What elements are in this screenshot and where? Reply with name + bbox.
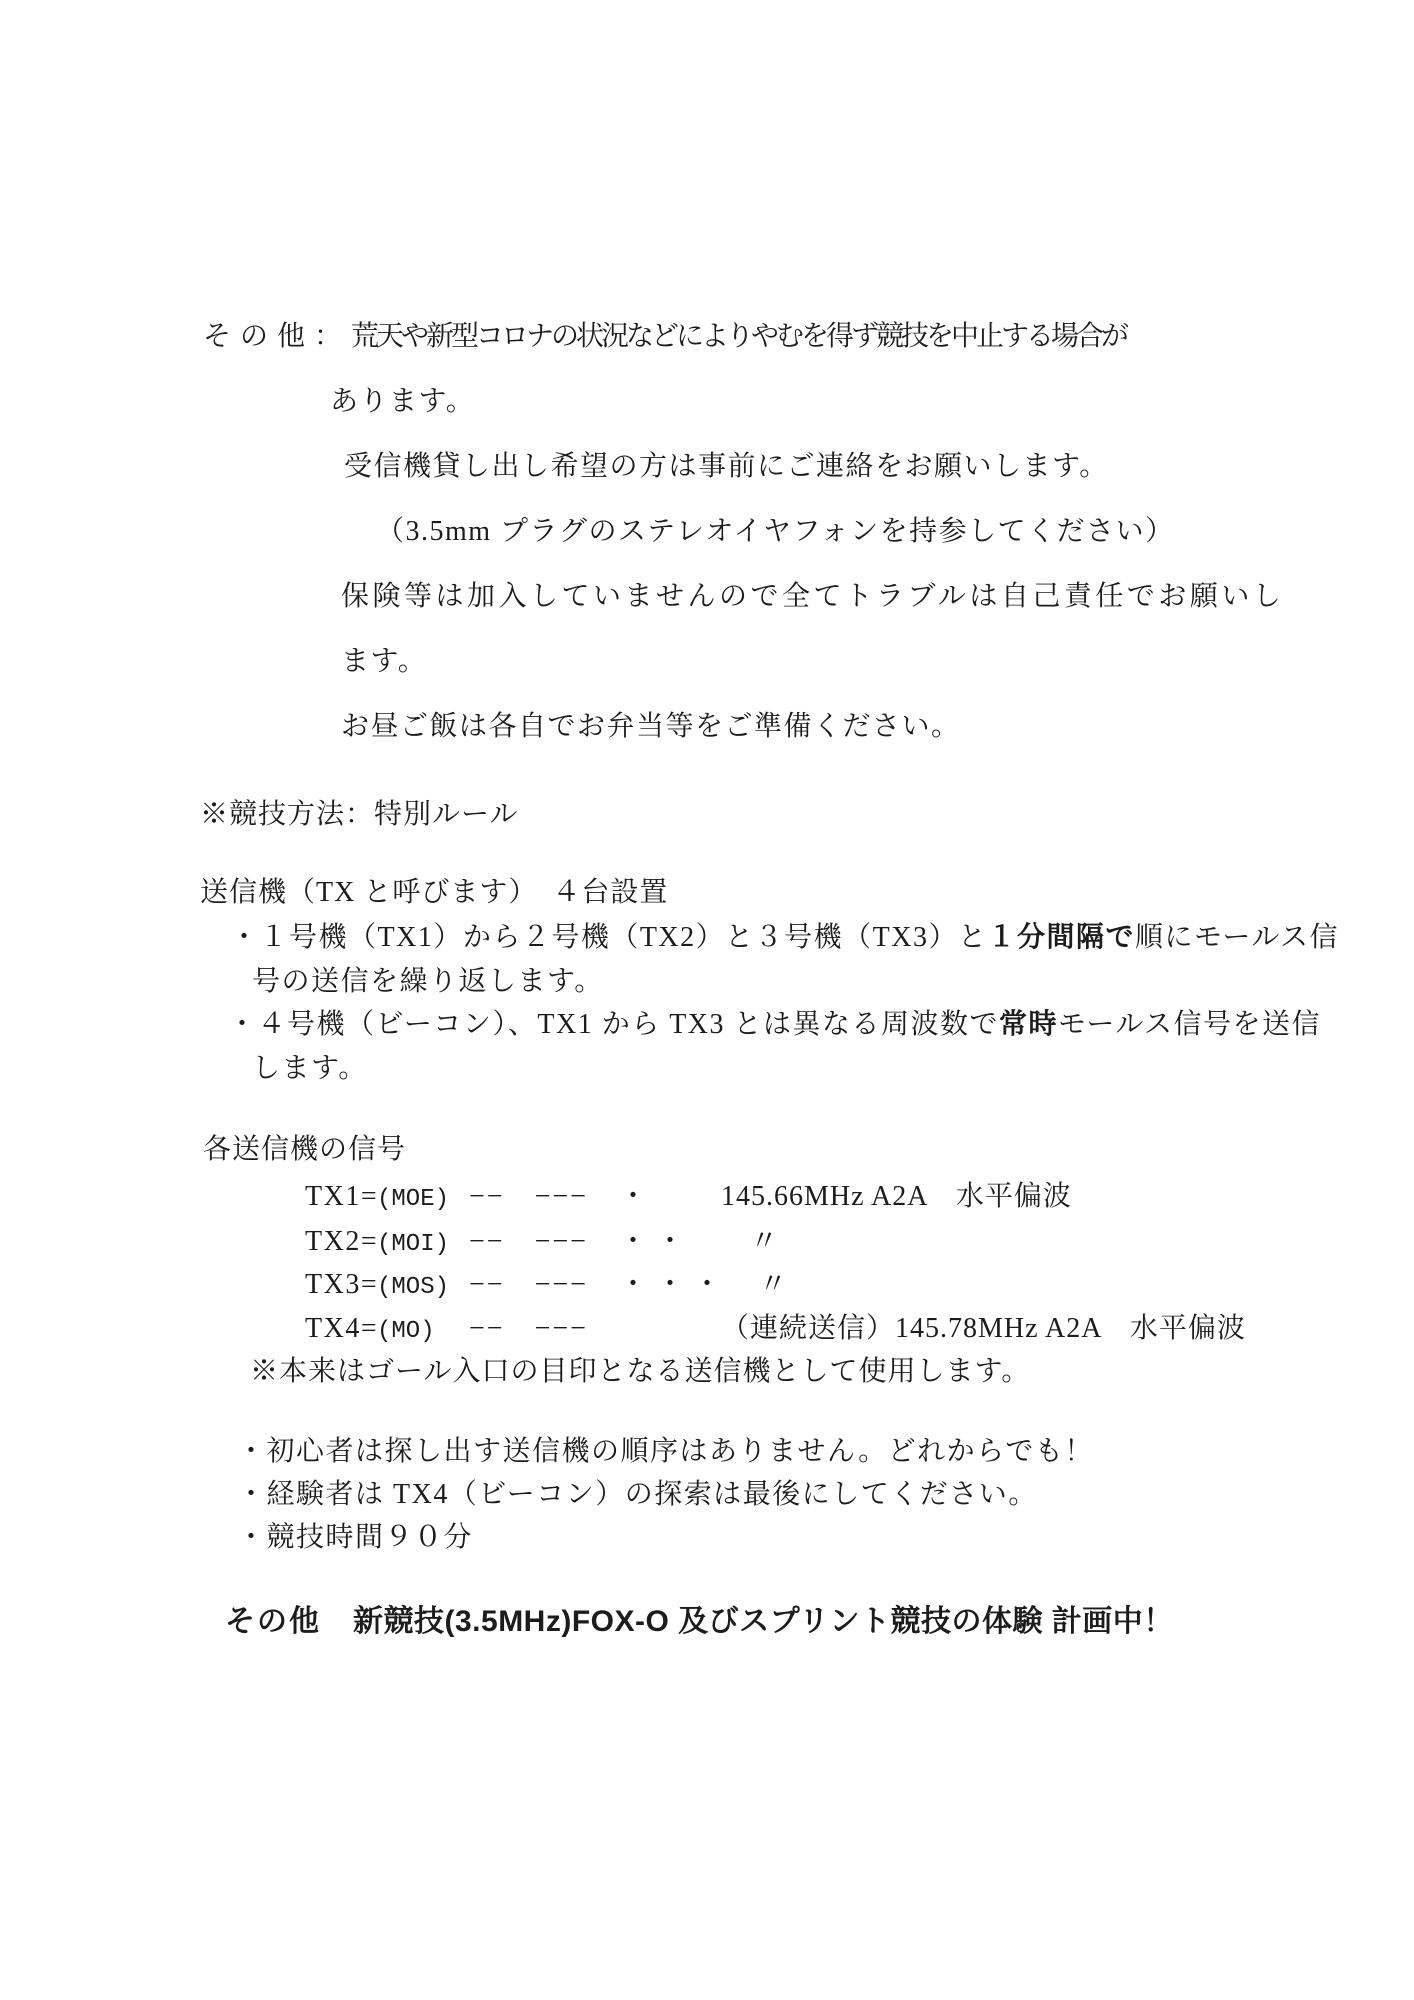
- setup-bullet-2-pre: ・４号機（ビーコン）、TX1 から TX3 とは異なる周波数で: [228, 1009, 999, 1040]
- tx1-name: TX1=: [305, 1181, 377, 1213]
- notes-label: その他：: [203, 321, 351, 352]
- tx4-morse-dashes: −− −−−: [469, 1306, 619, 1346]
- notes-line-1-text: 荒天や新型コロナの状況などによりやむを得ず競技を中止する場合が: [351, 321, 1126, 352]
- tx2-ditto-mark: 〃: [721, 1226, 779, 1257]
- rule-bullet-experienced: ・経験者は TX4（ビーコン）の探索は最後にしてください。: [237, 1472, 1038, 1512]
- tx3-morse-dots: ・・・: [619, 1262, 730, 1302]
- notes-line-4: （3.5mm プラグのステレオイヤフォンを持参してください）: [376, 509, 1175, 549]
- notes-line-5: 保険等は加入していませんので全てトラブルは自己責任でお願いし: [341, 574, 1284, 614]
- setup-bullet-1-pre: ・１号機（TX1）から２号機（TX2）と３号機（TX3）と: [230, 922, 987, 953]
- rule-bullet-beginners: ・初心者は探し出す送信機の順序はありません。どれからでも！: [237, 1429, 1094, 1469]
- tx1-frequency: 145.66MHz A2A 水平偏波: [721, 1181, 1072, 1212]
- footer-text: 新競技(3.5MHz)FOX-O 及びスプリント競技の体験 計画中！: [353, 1605, 1174, 1638]
- tx3-signal-row: TX3=(MOS)−− −−−・・・ 〃: [305, 1262, 788, 1302]
- tx1-signal-row: TX1=(MOE)−− −−−・145.66MHz A2A 水平偏波: [305, 1174, 1072, 1214]
- document-page: その他：荒天や新型コロナの状況などによりやむを得ず競技を中止する場合が あります…: [0, 0, 1414, 2000]
- method-heading: ※競技方法：特別ルール: [200, 792, 518, 832]
- setup-bullet-2: ・４号機（ビーコン）、TX1 から TX3 とは異なる周波数で常時モールス信号を…: [228, 1002, 1321, 1042]
- setup-bullet-1-cont: 号の送信を繰り返します。: [252, 959, 604, 999]
- notes-line-2: あります。: [330, 379, 475, 419]
- tx2-signal-row: TX2=(MOI)−− −−−・・ 〃: [305, 1219, 779, 1259]
- tx-setup-heading: 送信機（TX と呼びます） ４台設置: [200, 870, 668, 910]
- tx4-name: TX4=: [305, 1313, 377, 1345]
- tx4-code: (MO): [377, 1318, 469, 1345]
- signals-note: ※本来はゴール入口の目印となる送信機として使用します。: [250, 1349, 1030, 1389]
- setup-bullet-1-post: 順にモールス信: [1135, 922, 1339, 953]
- tx3-code: (MOS): [377, 1274, 469, 1301]
- tx1-morse-dashes: −− −−−: [469, 1174, 619, 1214]
- setup-bullet-1: ・１号機（TX1）から２号機（TX2）と３号機（TX3）と１分間隔で順にモールス…: [230, 915, 1339, 955]
- tx2-morse-dots: ・・: [619, 1219, 721, 1259]
- footer-announcement: その他新競技(3.5MHz)FOX-O 及びスプリント競技の体験 計画中！: [225, 1596, 1174, 1640]
- signals-heading: 各送信機の信号: [203, 1127, 406, 1167]
- tx3-morse-dashes: −− −−−: [469, 1262, 619, 1302]
- tx1-code: (MOE): [377, 1186, 469, 1213]
- tx4-signal-row: TX4=(MO)−− −−−（連続送信）145.78MHz A2A 水平偏波: [305, 1306, 1246, 1346]
- setup-bullet-2-cont: します。: [252, 1046, 368, 1086]
- setup-bullet-2-bold: 常時: [999, 1009, 1058, 1040]
- notes-line-1: その他：荒天や新型コロナの状況などによりやむを得ず競技を中止する場合が: [203, 314, 1126, 354]
- tx4-frequency: （連続送信）145.78MHz A2A 水平偏波: [721, 1313, 1246, 1344]
- notes-line-6: ます。: [341, 639, 427, 679]
- tx1-morse-dots: ・: [619, 1174, 721, 1214]
- notes-line-7: お昼ご飯は各自でお弁当等をご準備ください。: [341, 704, 961, 744]
- tx2-morse-dashes: −− −−−: [469, 1219, 619, 1259]
- tx2-code: (MOI): [377, 1231, 469, 1258]
- notes-line-3: 受信機貸し出し希望の方は事前にご連絡をお願いします。: [344, 444, 1109, 484]
- setup-bullet-1-bold: １分間隔で: [987, 922, 1135, 953]
- tx3-name: TX3=: [305, 1269, 377, 1301]
- setup-bullet-2-post: モールス信号を送信: [1058, 1009, 1321, 1040]
- tx3-ditto-mark: 〃: [730, 1269, 788, 1300]
- rule-bullet-duration: ・競技時間９０分: [237, 1515, 473, 1555]
- tx2-name: TX2=: [305, 1226, 377, 1258]
- footer-label: その他: [225, 1596, 321, 1640]
